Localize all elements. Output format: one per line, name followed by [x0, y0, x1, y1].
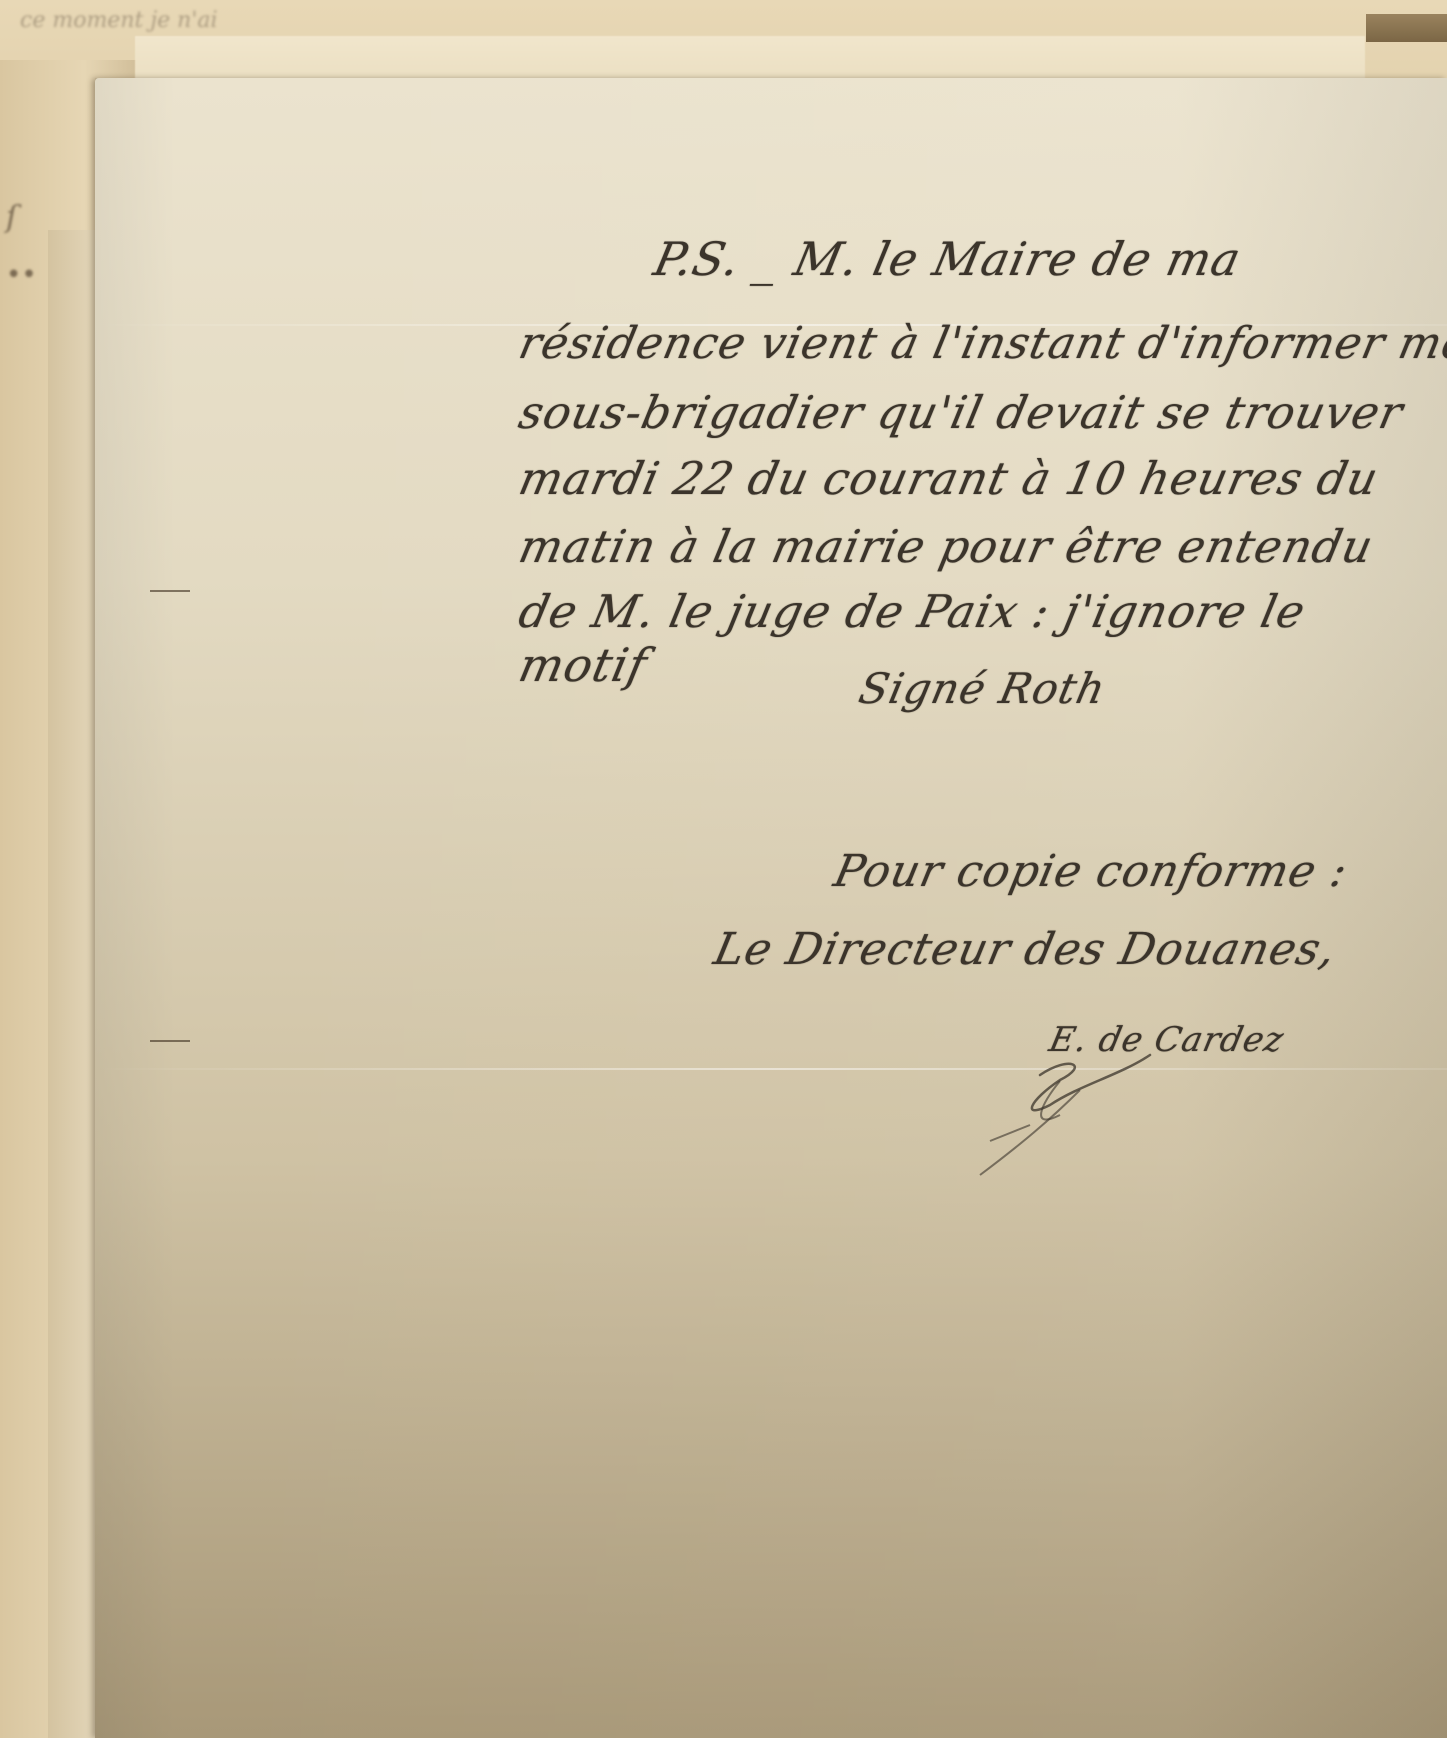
ps-line-1: P.S. _ M. le Maire de ma — [649, 232, 1246, 286]
ps-line-5: matin à la mairie pour être entendu — [514, 520, 1378, 573]
signature-flourish-icon — [960, 1045, 1200, 1185]
ps-line-3: sous-brigadier qu'il devait se trouver — [514, 386, 1408, 439]
signed-roth: Signé Roth — [855, 664, 1111, 713]
binding-tear — [150, 1040, 190, 1048]
background-handwriting-fragment: ce moment je n'ai — [20, 8, 218, 33]
closing-line-1: Pour copie conforme : — [830, 846, 1353, 897]
paper-edge-strip — [135, 36, 1365, 82]
underlying-margin-mark: ſ — [6, 200, 17, 235]
closing-line-2: Le Directeur des Douanes, — [710, 924, 1341, 975]
binding-tear — [150, 590, 190, 598]
ps-line-4: mardi 22 du courant à 10 heures du — [514, 452, 1383, 505]
paper-fold-line — [95, 1068, 1447, 1070]
folder-edge — [1366, 14, 1447, 42]
ps-line-6: de M. le juge de Paix : j'ignore le — [514, 585, 1310, 638]
ps-line-7: motif — [514, 638, 652, 692]
ps-line-2: résidence vient à l'instant d'informer m… — [515, 318, 1447, 369]
underlying-margin-mark: •• — [6, 260, 37, 290]
